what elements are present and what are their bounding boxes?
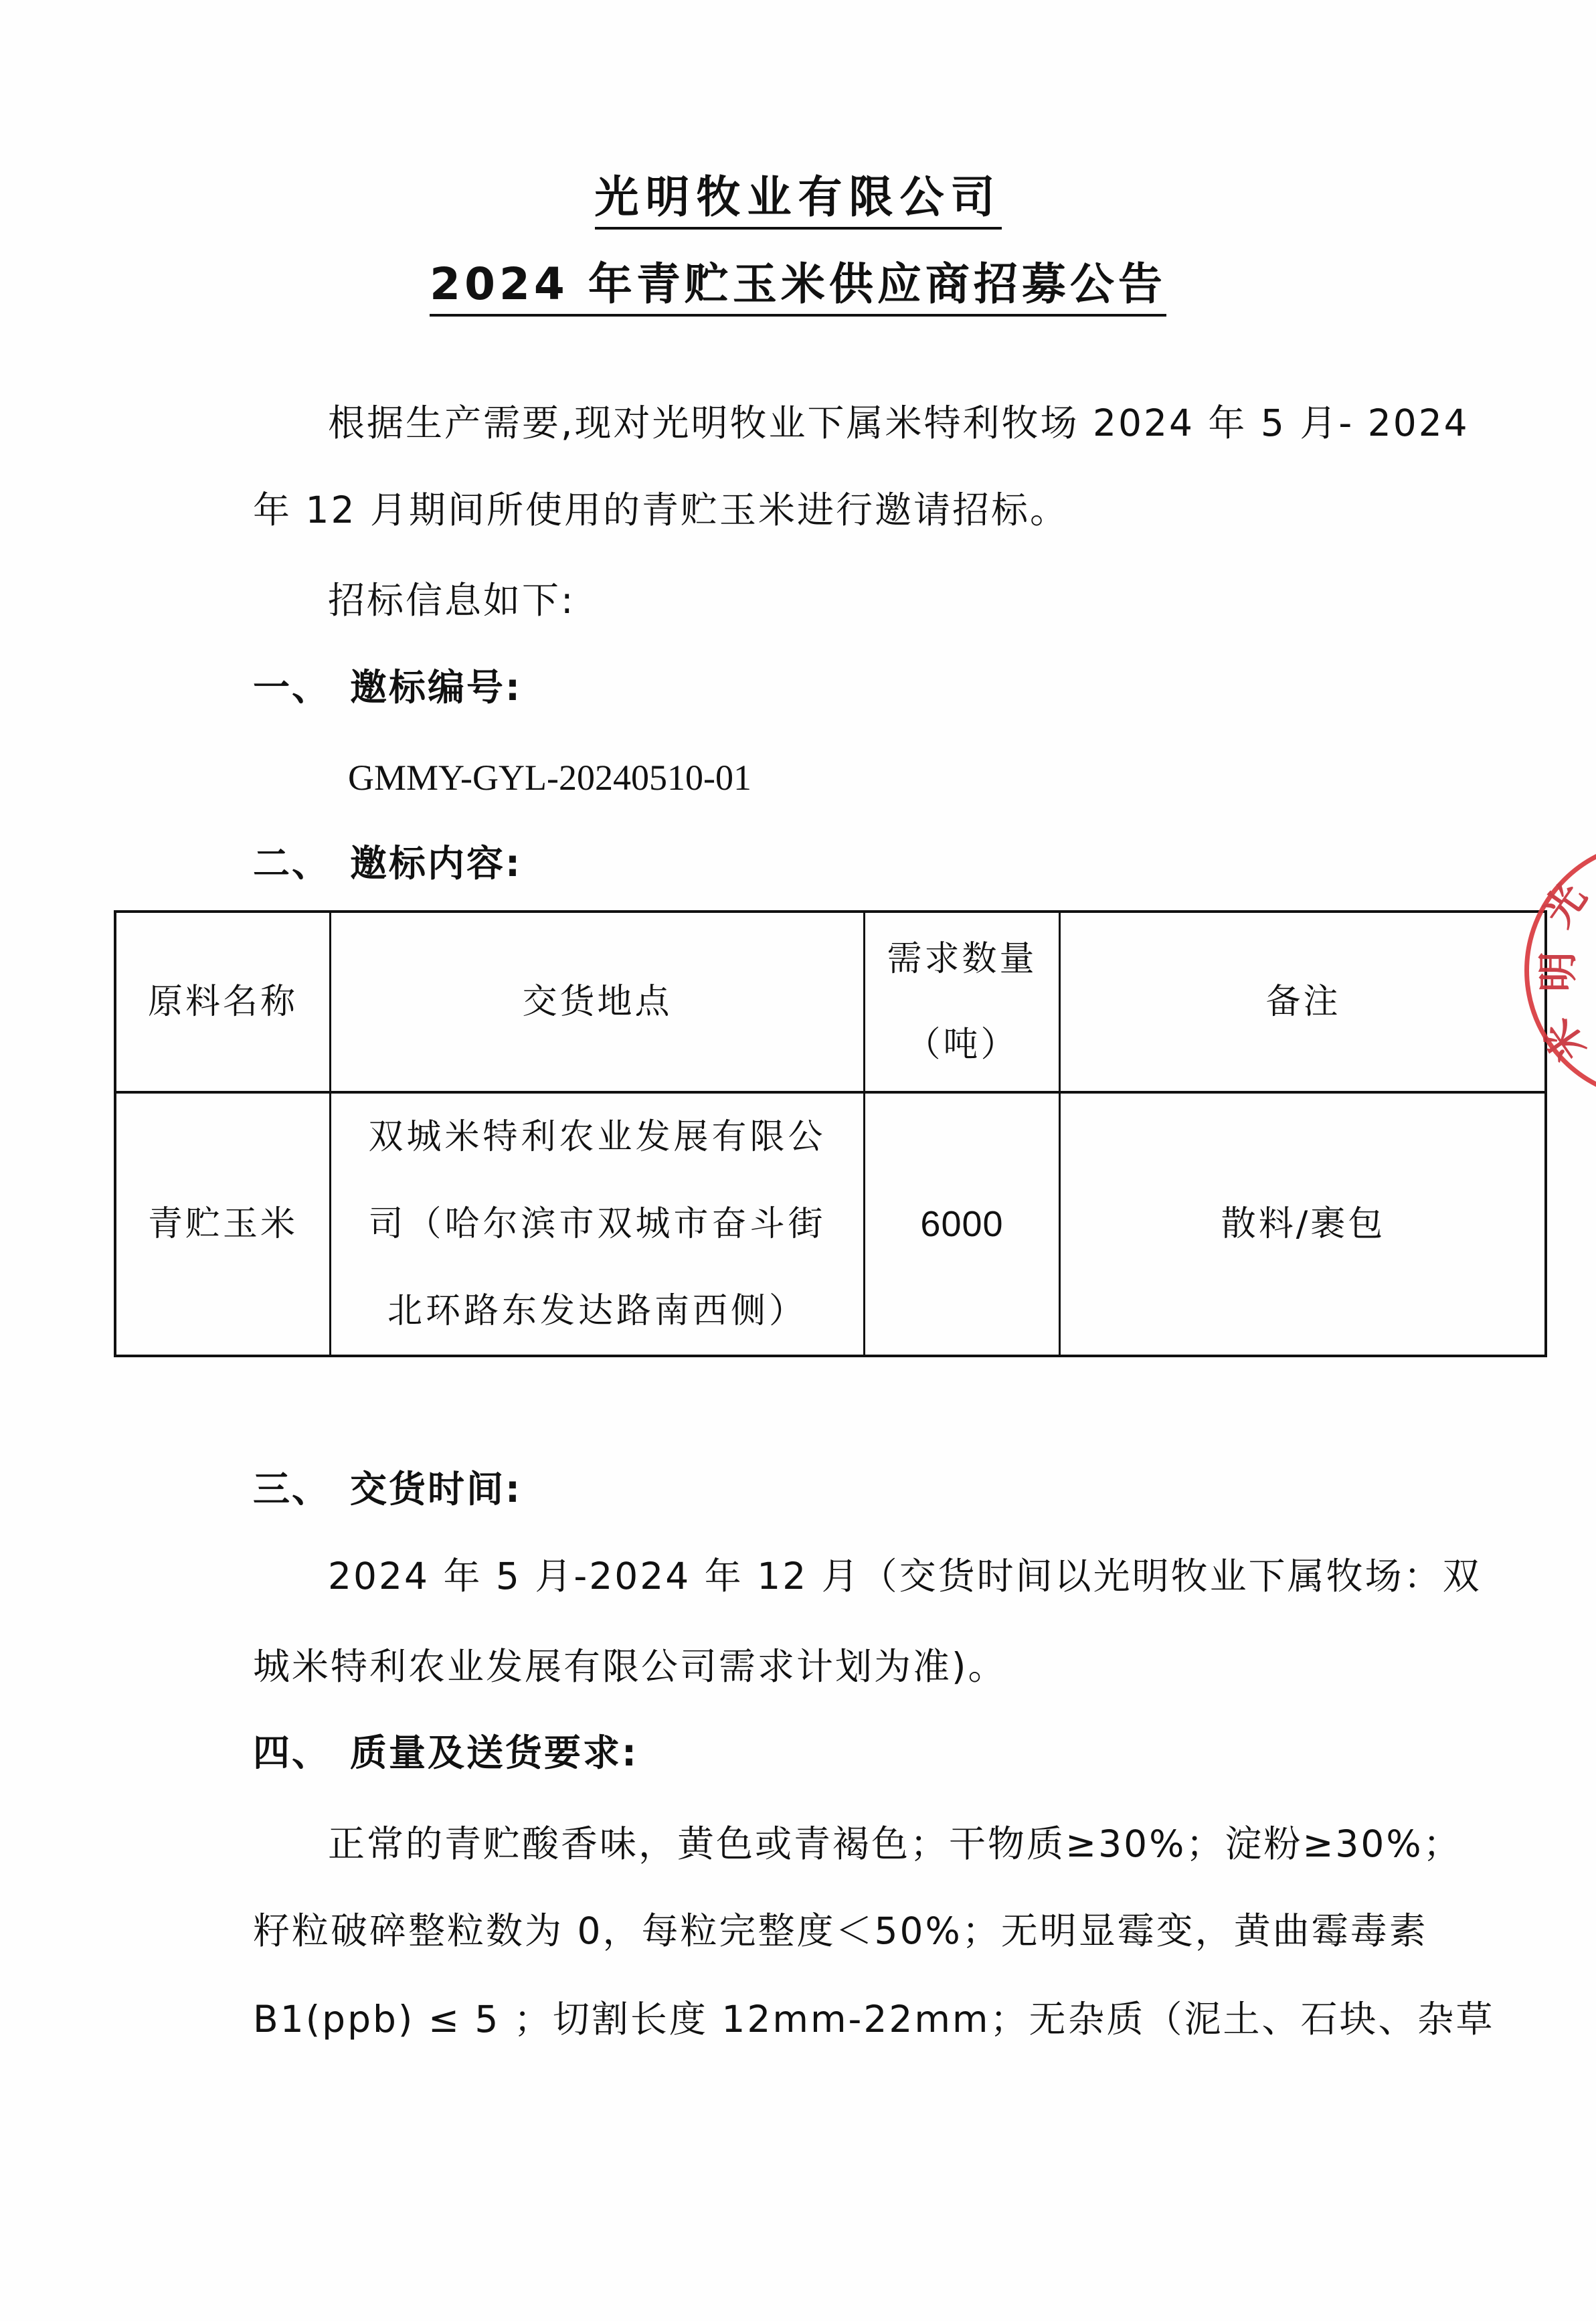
header-remarks: 备注 bbox=[1061, 913, 1546, 1091]
section-3-number: 三、 bbox=[253, 1471, 350, 1508]
quality-line-2: 籽粒破碎整粒数为 0，每粒完整度＜50%；无明显霉变，黄曲霉毒素 bbox=[253, 1913, 1428, 1950]
header-quantity: 需求数量 （吨） bbox=[865, 913, 1059, 1091]
table-row-remarks: 散料/裹包 bbox=[1061, 1094, 1546, 1355]
location-line-2: 司（哈尔滨市双城市奋斗街 bbox=[368, 1181, 826, 1268]
header-location-text: 交货地点 bbox=[522, 958, 672, 1045]
section-3-title: 交货时间: bbox=[350, 1468, 522, 1511]
section-1-heading: 一、邀标编号: bbox=[253, 669, 522, 706]
location-line-1: 双城米特利农业发展有限公 bbox=[368, 1094, 826, 1181]
location-line-3: 北环路东发达路南西侧） bbox=[368, 1268, 826, 1355]
seal-char: 明 bbox=[1538, 952, 1579, 992]
header-material: 原料名称 bbox=[116, 913, 329, 1091]
section-3-heading: 三、交货时间: bbox=[253, 1471, 522, 1508]
section-4-heading: 四、质量及送货要求: bbox=[253, 1735, 638, 1772]
section-1-number: 一、 bbox=[253, 669, 350, 706]
table-row-location: 双城米特利农业发展有限公 司（哈尔滨市双城市奋斗街 北环路东发达路南西侧） bbox=[331, 1094, 863, 1355]
delivery-time-line-1: 2024 年 5 月-2024 年 12 月（交货时间以光明牧业下属牧场：双 bbox=[328, 1558, 1482, 1595]
section-2-title: 邀标内容: bbox=[350, 842, 522, 885]
intro-line-3: 招标信息如下: bbox=[328, 582, 575, 619]
section-4-title: 质量及送货要求: bbox=[350, 1731, 638, 1774]
company-title: 光明牧业有限公司 bbox=[0, 175, 1596, 220]
intro-line-2: 年 12 月期间所使用的青贮玉米进行邀请招标。 bbox=[253, 492, 1069, 529]
section-1-title: 邀标编号: bbox=[350, 666, 522, 709]
announcement-title-text: 2024 年青贮玉米供应商招募公告 bbox=[430, 258, 1166, 317]
material-value: 青贮玉米 bbox=[148, 1181, 298, 1268]
header-material-text: 原料名称 bbox=[148, 958, 298, 1045]
table-row-material: 青贮玉米 bbox=[116, 1094, 329, 1355]
intro-line-1: 根据生产需要,现对光明牧业下属米特利牧场 2024 年 5 月- 2024 bbox=[328, 405, 1470, 442]
section-4-number: 四、 bbox=[253, 1735, 350, 1772]
remarks-value: 散料/裹包 bbox=[1221, 1181, 1386, 1268]
section-2-heading: 二、邀标内容: bbox=[253, 845, 522, 882]
seal-char: 光 bbox=[1537, 877, 1593, 933]
header-quantity-text: 需求数量 bbox=[887, 916, 1037, 1002]
bid-content-table: 原料名称 交货地点 需求数量 （吨） 备注 青贮玉米 双城米特利农业发展有限公 … bbox=[114, 910, 1547, 1357]
bid-number: GMMY-GYL-20240510-01 bbox=[348, 760, 751, 796]
document-page: 光明牧业有限公司 2024 年青贮玉米供应商招募公告 根据生产需要,现对光明牧业… bbox=[0, 0, 1596, 2321]
header-location: 交货地点 bbox=[331, 913, 863, 1091]
quality-line-3: B1(ppb) ≤ 5 ；切割长度 12mm-22mm；无杂质（泥土、石块、杂草 bbox=[253, 2001, 1495, 2038]
announcement-title: 2024 年青贮玉米供应商招募公告 bbox=[0, 262, 1596, 307]
section-2-number: 二、 bbox=[253, 845, 350, 882]
quality-line-1: 正常的青贮酸香味，黄色或青褐色；干物质≥30%；淀粉≥30%； bbox=[328, 1826, 1462, 1863]
company-title-text: 光明牧业有限公司 bbox=[595, 171, 1002, 230]
delivery-time-line-2: 城米特利农业发展有限公司需求计划为准)。 bbox=[253, 1648, 1006, 1685]
header-remarks-text: 备注 bbox=[1265, 958, 1340, 1045]
table-row-quantity: 6000 bbox=[865, 1094, 1059, 1355]
quantity-value: 6000 bbox=[920, 1181, 1003, 1268]
header-quantity-unit: （吨） bbox=[887, 1002, 1037, 1088]
